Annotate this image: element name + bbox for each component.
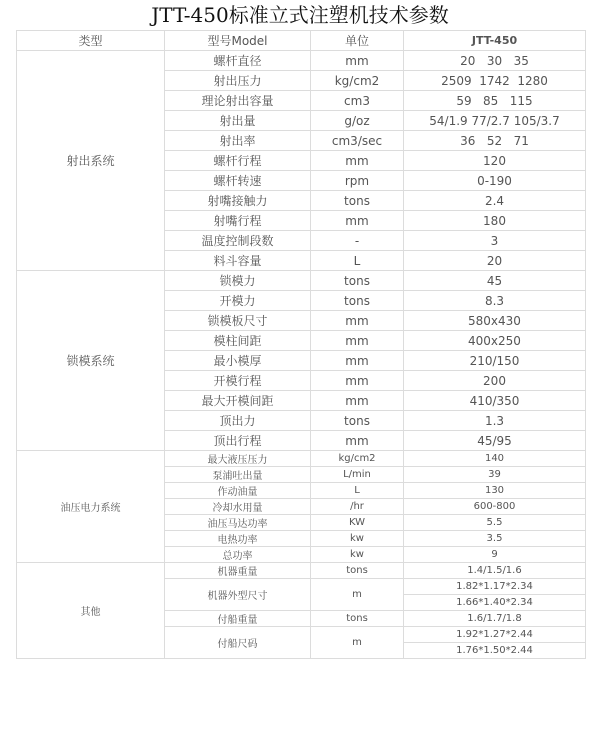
param-unit: tons — [311, 411, 404, 431]
header-unit: 单位 — [311, 31, 404, 51]
header-type: 类型 — [17, 31, 165, 51]
param-value: 59 85 115 — [404, 91, 586, 111]
param-unit: mm — [311, 371, 404, 391]
category-hydraulic-electric: 油压电力系统 — [17, 451, 165, 563]
param-name: 理论射出容量 — [165, 91, 311, 111]
param-name: 电热功率 — [165, 531, 311, 547]
param-unit: m — [311, 627, 404, 659]
param-value: 1.6/1.7/1.8 — [404, 611, 586, 627]
param-unit: tons — [311, 563, 404, 579]
param-value: 1.92*1.27*2.44 — [404, 627, 586, 643]
param-value: 1.3 — [404, 411, 586, 431]
param-unit: mm — [311, 351, 404, 371]
param-value: 1.4/1.5/1.6 — [404, 563, 586, 579]
param-unit: mm — [311, 311, 404, 331]
param-value: 36 52 71 — [404, 131, 586, 151]
param-name: 总功率 — [165, 547, 311, 563]
param-value: 580x430 — [404, 311, 586, 331]
param-name: 开模力 — [165, 291, 311, 311]
param-value: 130 — [404, 483, 586, 499]
header-value: JTT-450 — [404, 31, 586, 51]
param-name: 螺杆转速 — [165, 171, 311, 191]
param-value: 210/150 — [404, 351, 586, 371]
param-unit: cm3 — [311, 91, 404, 111]
param-unit: mm — [311, 211, 404, 231]
param-unit: tons — [311, 611, 404, 627]
param-unit: L — [311, 251, 404, 271]
param-unit: rpm — [311, 171, 404, 191]
param-name: 温度控制段数 — [165, 231, 311, 251]
param-unit: mm — [311, 331, 404, 351]
param-name: 油压马达功率 — [165, 515, 311, 531]
param-value: 180 — [404, 211, 586, 231]
param-value: 140 — [404, 451, 586, 467]
param-name: 射出率 — [165, 131, 311, 151]
param-name: 料斗容量 — [165, 251, 311, 271]
param-value: 45 — [404, 271, 586, 291]
param-value: 39 — [404, 467, 586, 483]
param-value: 20 — [404, 251, 586, 271]
param-unit: kw — [311, 547, 404, 563]
param-name: 射嘴行程 — [165, 211, 311, 231]
header-model: 型号Model — [165, 31, 311, 51]
param-unit: mm — [311, 151, 404, 171]
param-unit: mm — [311, 51, 404, 71]
param-value: 200 — [404, 371, 586, 391]
param-name: 泵浦吐出量 — [165, 467, 311, 483]
param-unit: g/oz — [311, 111, 404, 131]
param-value: 5.5 — [404, 515, 586, 531]
param-name: 付船重量 — [165, 611, 311, 627]
param-name: 锁模板尺寸 — [165, 311, 311, 331]
param-name: 模柱间距 — [165, 331, 311, 351]
param-name: 射嘴接触力 — [165, 191, 311, 211]
param-name: 螺杆直径 — [165, 51, 311, 71]
param-value: 410/350 — [404, 391, 586, 411]
category-injection: 射出系统 — [17, 51, 165, 271]
param-unit: kg/cm2 — [311, 451, 404, 467]
param-name: 射出压力 — [165, 71, 311, 91]
page-title: JTT-450标准立式注塑机技术参数 — [0, 2, 600, 28]
param-value: 2.4 — [404, 191, 586, 211]
param-unit: mm — [311, 391, 404, 411]
param-unit: tons — [311, 271, 404, 291]
param-name: 射出量 — [165, 111, 311, 131]
table-row: 其他 机器重量 tons 1.4/1.5/1.6 — [17, 563, 586, 579]
param-value: 1.66*1.40*2.34 — [404, 595, 586, 611]
param-name: 最大液压压力 — [165, 451, 311, 467]
param-name: 开模行程 — [165, 371, 311, 391]
param-unit: m — [311, 579, 404, 611]
param-unit: L/min — [311, 467, 404, 483]
param-value: 1.82*1.17*2.34 — [404, 579, 586, 595]
param-name: 作动油量 — [165, 483, 311, 499]
table-row: 射出系统 螺杆直径 mm 20 30 35 — [17, 51, 586, 71]
param-value: 20 30 35 — [404, 51, 586, 71]
category-clamping: 锁模系统 — [17, 271, 165, 451]
param-unit: L — [311, 483, 404, 499]
param-value: 120 — [404, 151, 586, 171]
param-unit: - — [311, 231, 404, 251]
table-header-row: 类型 型号Model 单位 JTT-450 — [17, 31, 586, 51]
spec-table: 类型 型号Model 单位 JTT-450 射出系统 螺杆直径 mm 20 30… — [16, 30, 586, 659]
param-unit: /hr — [311, 499, 404, 515]
param-value: 54/1.9 77/2.7 105/3.7 — [404, 111, 586, 131]
param-name: 机器重量 — [165, 563, 311, 579]
param-unit: tons — [311, 191, 404, 211]
param-unit: KW — [311, 515, 404, 531]
param-name: 顶出行程 — [165, 431, 311, 451]
param-unit: kw — [311, 531, 404, 547]
param-name: 螺杆行程 — [165, 151, 311, 171]
table-row: 油压电力系统 最大液压压力 kg/cm2 140 — [17, 451, 586, 467]
category-other: 其他 — [17, 563, 165, 659]
param-name: 最大开模间距 — [165, 391, 311, 411]
param-name: 付船尺码 — [165, 627, 311, 659]
param-unit: kg/cm2 — [311, 71, 404, 91]
param-value: 3 — [404, 231, 586, 251]
param-name: 机器外型尺寸 — [165, 579, 311, 611]
param-name: 最小模厚 — [165, 351, 311, 371]
param-value: 3.5 — [404, 531, 586, 547]
param-unit: mm — [311, 431, 404, 451]
param-value: 1.76*1.50*2.44 — [404, 643, 586, 659]
param-value: 400x250 — [404, 331, 586, 351]
param-value: 0-190 — [404, 171, 586, 191]
param-value: 8.3 — [404, 291, 586, 311]
table-row: 锁模系统 锁模力 tons 45 — [17, 271, 586, 291]
param-name: 冷却水用量 — [165, 499, 311, 515]
param-name: 锁模力 — [165, 271, 311, 291]
param-value: 600-800 — [404, 499, 586, 515]
param-unit: cm3/sec — [311, 131, 404, 151]
param-value: 45/95 — [404, 431, 586, 451]
param-value: 2509 1742 1280 — [404, 71, 586, 91]
param-value: 9 — [404, 547, 586, 563]
param-name: 顶出力 — [165, 411, 311, 431]
param-unit: tons — [311, 291, 404, 311]
